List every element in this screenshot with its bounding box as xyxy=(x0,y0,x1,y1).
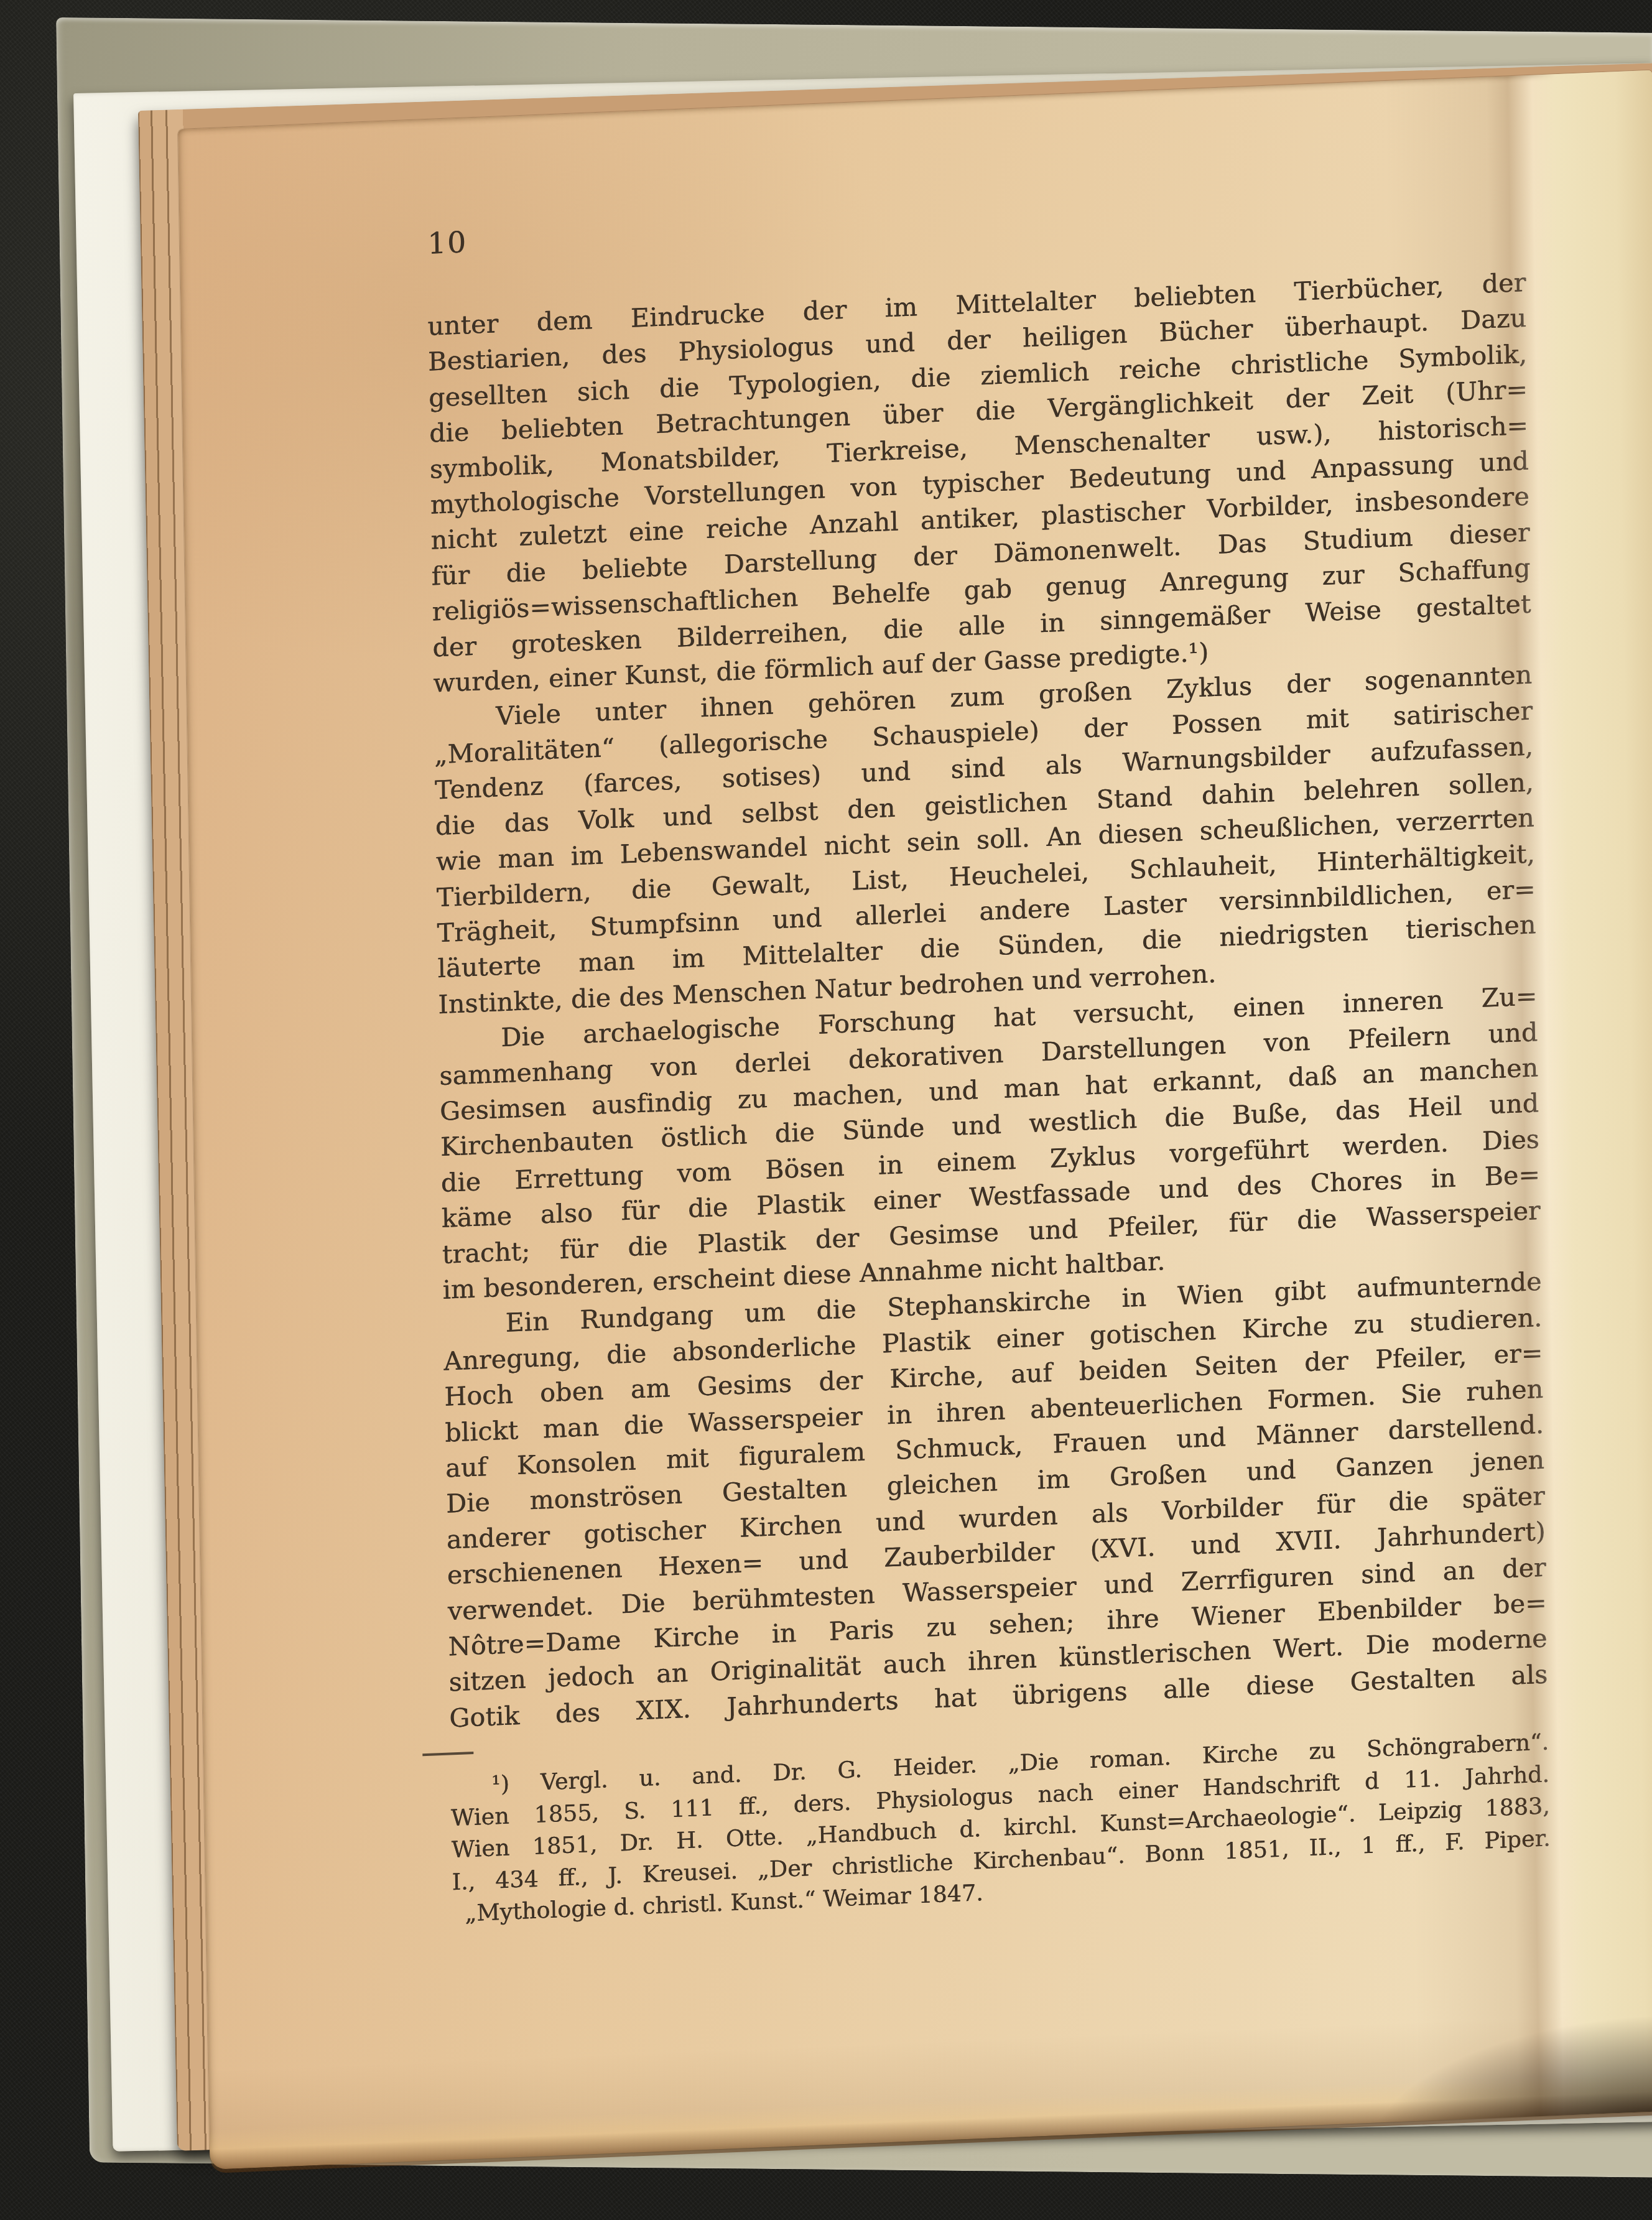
page-number: 10 xyxy=(427,179,1652,261)
footnote-rule xyxy=(422,1752,473,1756)
book-photo-scene: 10 unter dem Eindrucke der im Mittelalte… xyxy=(0,0,1652,2220)
paragraph: Viele unter ihnen gehören zum großen Zyk… xyxy=(434,657,1537,1023)
paragraph: Ein Rundgang um die Stephanskirche in Wi… xyxy=(443,1264,1548,1736)
paragraph: unter dem Eindrucke der im Mittelalter b… xyxy=(427,265,1532,702)
book-page: 10 unter dem Eindrucke der im Mittelalte… xyxy=(178,70,1652,2170)
paragraph: Die archaelogische Forschung hat versuch… xyxy=(439,978,1541,1308)
page-body-text: unter dem Eindrucke der im Mittelalter b… xyxy=(427,265,1548,1737)
footnote-text: ¹) Vergl. u. and. Dr. G. Heider. „Die ro… xyxy=(450,1726,1551,1930)
